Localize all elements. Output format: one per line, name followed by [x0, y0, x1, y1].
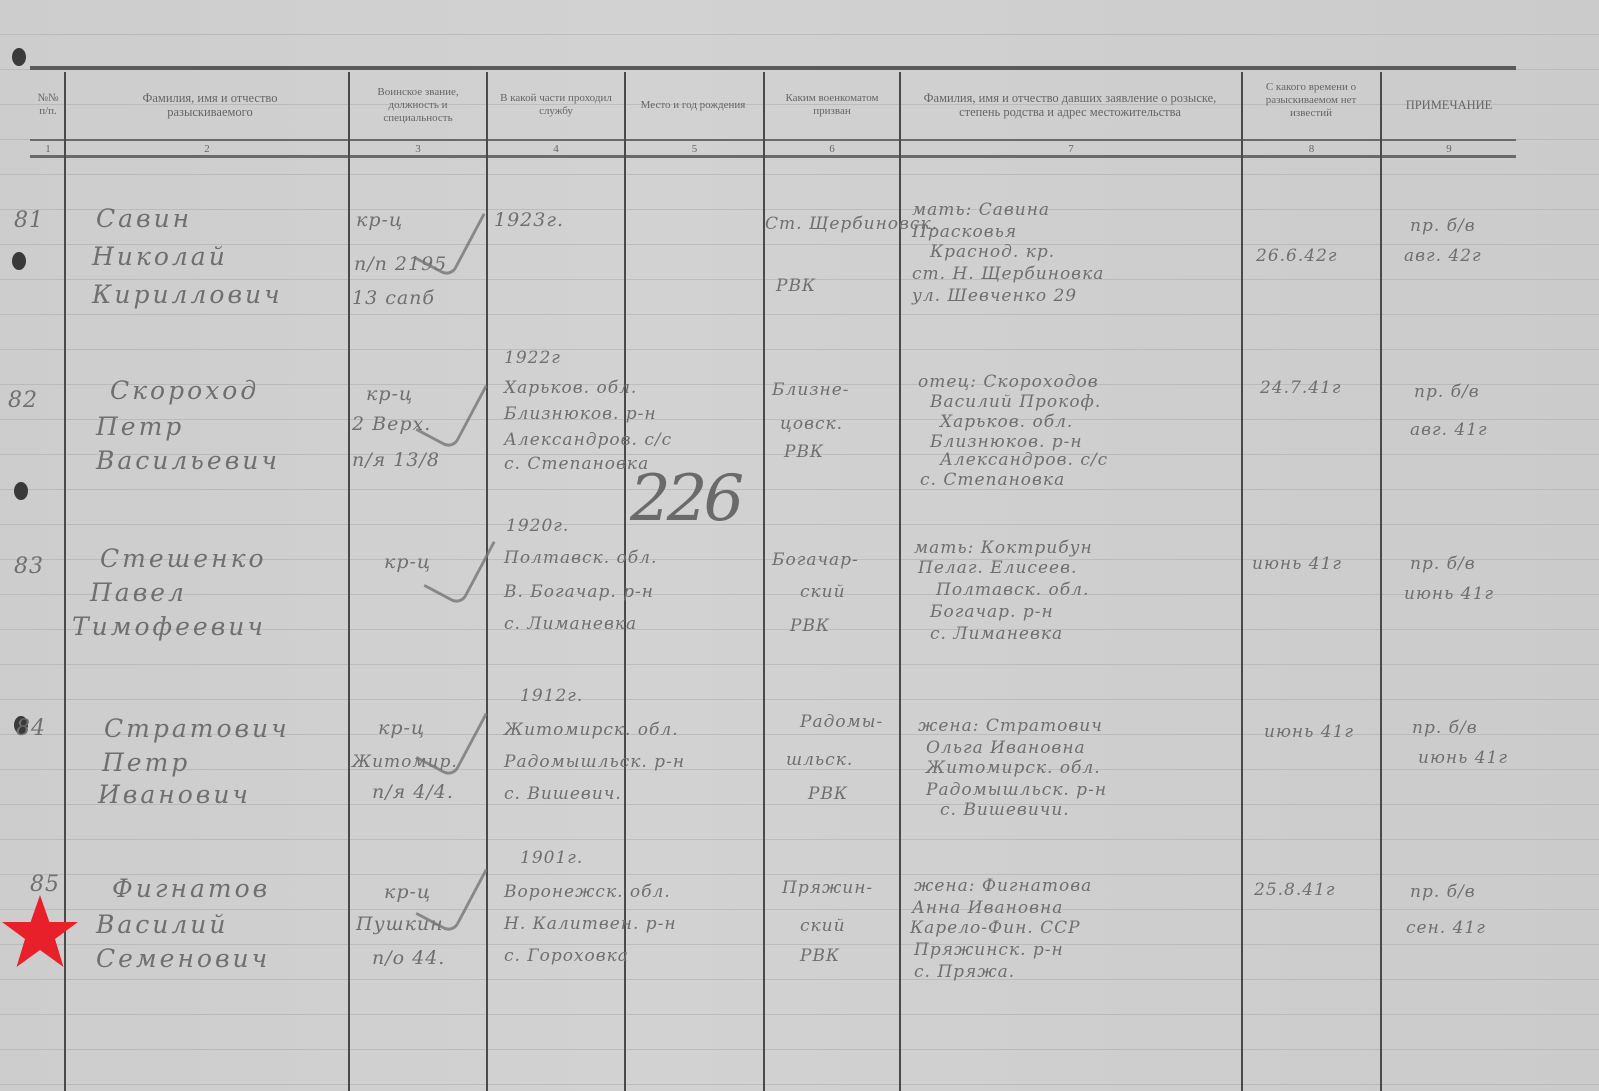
last-news-date: 26.6.42г — [1256, 244, 1337, 269]
birth-year: 1912г. — [520, 684, 583, 709]
applicant-line: с. Степановка — [920, 468, 1065, 493]
birthplace-line: Житомирск. обл. — [504, 718, 679, 743]
row-number: 81 — [14, 208, 44, 233]
unit-code: 13 сапб — [352, 284, 435, 313]
note: авг. 41г — [1410, 418, 1488, 443]
birthplace-line: В. Богачар. р-н — [504, 580, 654, 605]
surname: Стратович — [104, 710, 290, 748]
birth-year: 1920г. — [506, 514, 569, 539]
rank: кр-ц — [356, 206, 403, 235]
last-news-date: 25.8.41г — [1254, 878, 1335, 903]
birth-year: 1922г — [504, 346, 561, 371]
column-divider — [1380, 72, 1382, 1091]
birthplace-line: с. Вишевич. — [504, 782, 622, 807]
note: пр. б/в — [1410, 214, 1476, 239]
row-number: 82 — [8, 388, 38, 413]
col-number: 5 — [626, 143, 763, 155]
birthplace-line: Полтавск. обл. — [504, 546, 657, 571]
column-divider — [486, 72, 488, 1091]
note: пр. б/в — [1414, 380, 1480, 405]
archive-document-page: №№ п/п. Фамилия, имя и отчество разыскив… — [0, 0, 1599, 1091]
surname: Фигнатов — [112, 870, 270, 908]
patronymic: Семенович — [96, 940, 270, 978]
punch-hole — [12, 48, 26, 66]
note: июнь 41г — [1418, 746, 1508, 771]
first-name: Петр — [96, 408, 184, 446]
birth-year: 1901г. — [520, 846, 583, 871]
col-number: 2 — [66, 143, 348, 155]
surname: Скороход — [110, 372, 259, 410]
red-star-icon — [0, 893, 80, 969]
punch-hole — [14, 482, 28, 500]
applicant-line: ул. Шевченко 29 — [912, 284, 1077, 309]
conscription-office: Близне- — [772, 378, 850, 403]
last-news-date: 24.7.41г — [1260, 376, 1341, 401]
column-divider — [1241, 72, 1243, 1091]
note: пр. б/в — [1410, 552, 1476, 577]
unit-code: п/о 44. — [372, 944, 445, 973]
header-col-2: Фамилия, имя и отчество разыскиваемого — [100, 74, 320, 136]
note: сен. 41г — [1406, 916, 1486, 941]
header-bottom-rule — [30, 155, 1516, 158]
col-number: 6 — [765, 143, 899, 155]
conscription-office: РВК — [790, 614, 830, 639]
last-news-date: июнь 41г — [1264, 720, 1354, 745]
note: пр. б/в — [1412, 716, 1478, 741]
surname: Савин — [96, 200, 192, 238]
unit-code: п/я 4/4. — [372, 778, 454, 807]
conscription-office: РВК — [784, 440, 824, 465]
conscription-office: РВК — [776, 274, 816, 299]
rank: кр-ц — [384, 548, 431, 577]
conscription-office: Богачар- — [772, 548, 859, 573]
punch-hole — [12, 252, 26, 270]
col-number: 9 — [1382, 143, 1516, 155]
first-name: Николай — [92, 238, 228, 276]
rank: кр-ц — [366, 380, 413, 409]
patronymic: Васильевич — [96, 442, 280, 480]
patronymic: Кириллович — [92, 276, 283, 314]
birth-year: 1923г. — [494, 206, 564, 235]
patronymic: Иванович — [98, 776, 251, 814]
rank: кр-ц — [378, 714, 425, 743]
header-col-6: Каким военкоматом призван — [772, 74, 892, 136]
birthplace-line: Радомышльск. р-н — [504, 750, 685, 775]
conscription-office: РВК — [800, 944, 840, 969]
applicant-line: с. Лиманевка — [930, 622, 1063, 647]
conscription-office: Пряжин- — [782, 876, 873, 901]
birthplace-line: Александров. с/с — [504, 428, 672, 453]
table-top-rule — [30, 66, 1516, 70]
birthplace-line: с. Лиманевка — [504, 612, 637, 637]
col-number: 7 — [901, 143, 1241, 155]
birthplace-line: Воронежск. обл. — [504, 880, 671, 905]
surname: Стешенко — [100, 540, 267, 578]
birthplace-line: Н. Калитвен. р-н — [504, 912, 677, 937]
header-col-3: Воинское звание, должность и специальнос… — [366, 74, 470, 136]
birthplace-line: с. Гороховка — [504, 944, 629, 969]
conscription-office: ский — [800, 580, 846, 605]
unit-code: п/я 13/8 — [352, 446, 440, 475]
conscription-office: Радомы- — [800, 710, 883, 735]
checkmark-icon — [423, 522, 495, 607]
applicant-line: с. Вишевичи. — [940, 798, 1070, 823]
header-col-9: ПРИМЕЧАНИЕ — [1386, 74, 1512, 136]
header-rule — [30, 139, 1516, 141]
birthplace-line: Харьков. обл. — [504, 376, 637, 401]
header-col-4: В какой части проходил службу — [496, 74, 616, 136]
col-number: 1 — [32, 143, 64, 155]
header-col-8: С какого времени о разыскиваемом нет изв… — [1248, 74, 1374, 126]
row-number: 83 — [14, 554, 44, 579]
patronymic: Тимофеевич — [72, 608, 266, 646]
conscription-office: шльск. — [786, 748, 853, 773]
applicant-line: с. Пряжа. — [914, 960, 1015, 985]
conscription-office: РВК — [808, 782, 848, 807]
column-divider — [348, 72, 350, 1091]
col-number: 4 — [488, 143, 624, 155]
header-col-1: №№ п/п. — [32, 74, 64, 136]
col-number: 3 — [350, 143, 486, 155]
header-col-5: Место и год рождения — [640, 74, 746, 136]
birthplace-line: с. Степановка — [504, 452, 649, 477]
first-name: Василий — [96, 906, 229, 944]
conscription-office: ский — [800, 914, 846, 939]
conscription-office: цовск. — [780, 412, 843, 437]
note: июнь 41г — [1404, 582, 1494, 607]
birthplace-line: Близнюков. р-н — [504, 402, 657, 427]
col-number: 8 — [1243, 143, 1380, 155]
last-news-date: июнь 41г — [1252, 552, 1342, 577]
row-number: 84 — [16, 716, 46, 741]
note: авг. 42г — [1404, 244, 1482, 269]
header-col-7: Фамилия, имя и отчество давших заявление… — [910, 74, 1230, 136]
archive-stamp-number: 226 — [630, 462, 740, 536]
note: пр. б/в — [1410, 880, 1476, 905]
first-name: Павел — [90, 574, 187, 612]
